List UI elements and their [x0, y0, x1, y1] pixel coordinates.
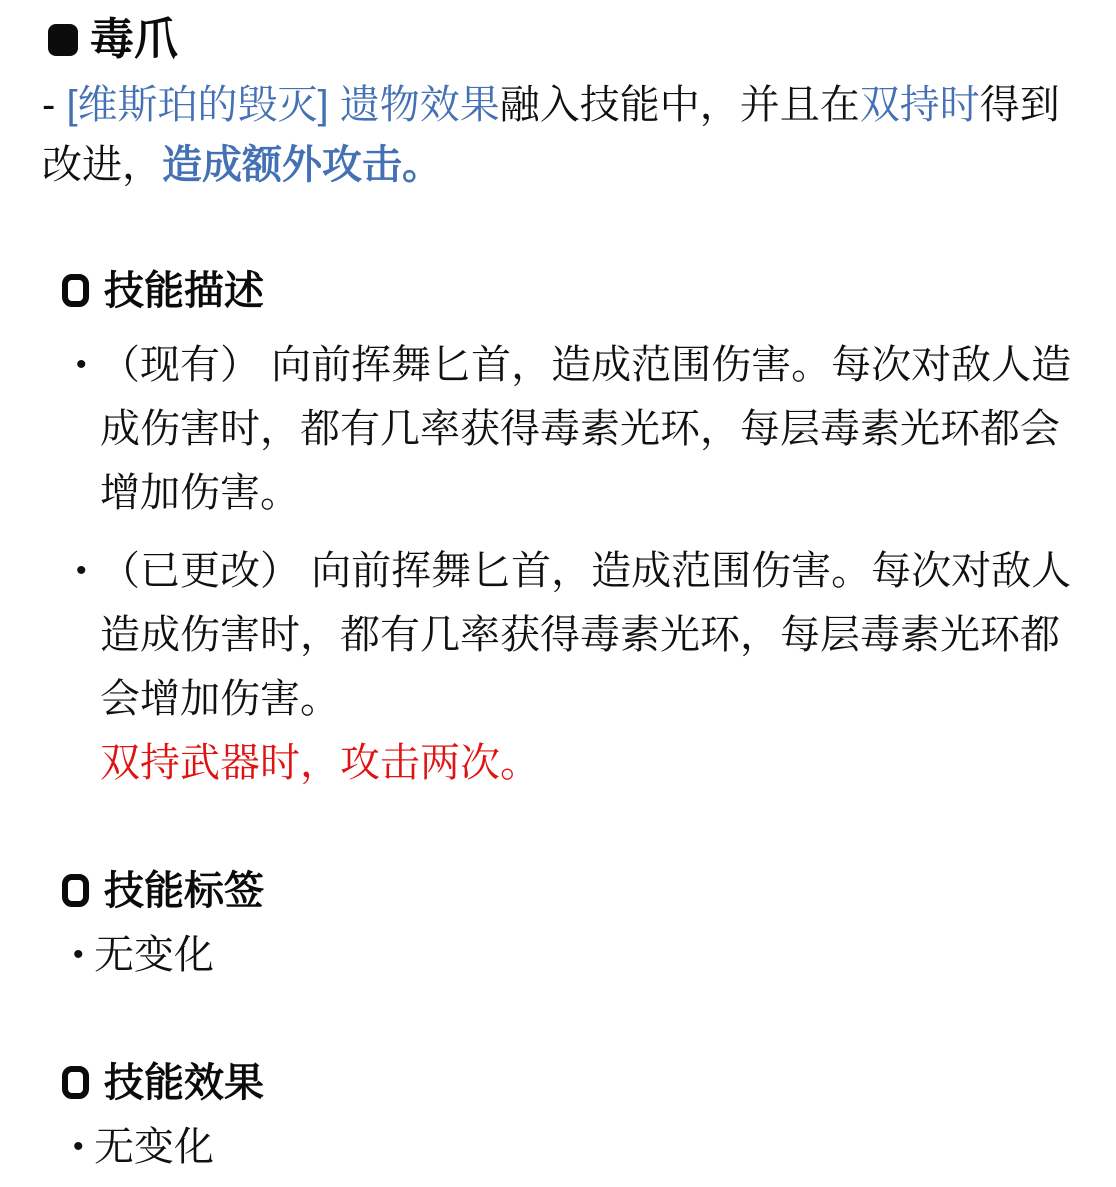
skill-effects-heading: 技能效果 — [62, 1057, 1092, 1109]
skill-description-list: • （现有） 向前挥舞匕首，造成范围伤害。每次对敌人造成伤害时，都有几率获得毒素… — [42, 333, 1092, 795]
no-change-text: 无变化 — [94, 933, 214, 977]
dual-wield-note: 双持武器时，攻击两次。 — [100, 731, 1092, 795]
skill-description-heading-text: 技能描述 — [104, 265, 264, 317]
intro-paragraph: - [维斯珀的毁灭] 遗物效果融入技能中，并且在双持时得到改进，造成额外攻击。 — [42, 75, 1092, 195]
extra-attack-highlight: 造成额外攻击。 — [162, 143, 442, 187]
skill-effects-heading-text: 技能效果 — [104, 1057, 264, 1109]
intro-dash: - — [42, 83, 66, 127]
current-skill-text: （现有） 向前挥舞匕首，造成范围伤害。每次对敌人造成伤害时，都有几率获得毒素光环… — [100, 343, 1071, 515]
bullet-icon: • — [73, 923, 93, 987]
no-change-text: 无变化 — [94, 1125, 214, 1169]
outline-square-bullet-icon — [62, 874, 89, 907]
bullet-icon: • — [76, 539, 96, 603]
list-item-no-change: • 无变化 — [42, 1115, 1092, 1179]
section-skill-tags: 技能标签 • 无变化 — [42, 865, 1092, 987]
outline-square-bullet-icon — [62, 274, 89, 307]
black-square-bullet-icon — [48, 24, 78, 56]
changed-skill-text: （已更改） 向前挥舞匕首，造成范围伤害。每次对敌人造成伤害时，都有几率获得毒素光… — [100, 549, 1071, 721]
skill-title: 毒爪 — [90, 14, 178, 67]
section-skill-description: 技能描述 • （现有） 向前挥舞匕首，造成范围伤害。每次对敌人造成伤害时，都有几… — [42, 265, 1092, 795]
list-item-changed: • （已更改） 向前挥舞匕首，造成范围伤害。每次对敌人造成伤害时，都有几率获得毒… — [42, 539, 1092, 795]
list-item-no-change: • 无变化 — [42, 923, 1092, 987]
skill-effects-list: • 无变化 — [42, 1115, 1092, 1179]
bullet-icon: • — [73, 1115, 93, 1179]
skill-tags-heading-text: 技能标签 — [104, 865, 264, 917]
skill-tags-list: • 无变化 — [42, 923, 1092, 987]
patch-note-document: 毒爪 - [维斯珀的毁灭] 遗物效果融入技能中，并且在双持时得到改进，造成额外攻… — [0, 0, 1116, 1187]
bullet-icon: • — [76, 333, 96, 397]
skill-description-heading: 技能描述 — [62, 265, 1092, 317]
section-skill-effects: 技能效果 • 无变化 — [42, 1057, 1092, 1179]
skill-title-row: 毒爪 — [48, 14, 1092, 67]
outline-square-bullet-icon — [62, 1066, 89, 1099]
relic-name-text: [维斯珀的毁灭] 遗物效果 — [66, 83, 499, 127]
list-item-current: • （现有） 向前挥舞匕首，造成范围伤害。每次对敌人造成伤害时，都有几率获得毒素… — [42, 333, 1092, 525]
skill-tags-heading: 技能标签 — [62, 865, 1092, 917]
dual-wield-text: 双持时 — [860, 83, 980, 127]
intro-text-1: 融入技能中，并且在 — [500, 83, 860, 127]
